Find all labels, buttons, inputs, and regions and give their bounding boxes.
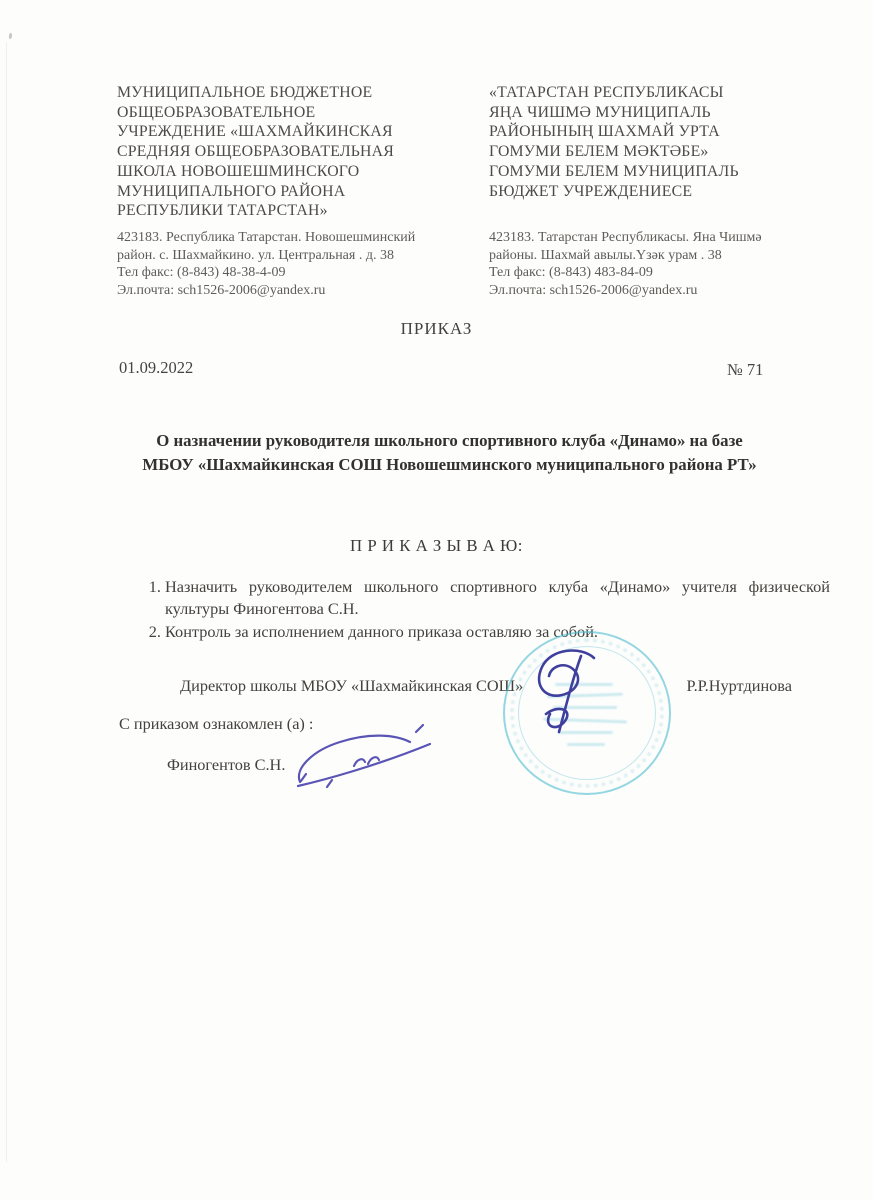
decree-heading: П Р И К А З Ы В А Ю:	[0, 536, 873, 556]
contact-line: 423183. Татарстан Республикасы. Яна Чишм…	[489, 229, 849, 247]
contact-line: Тел факс: (8-843) 48-38-4-09	[117, 264, 487, 282]
org-line: МУНИЦИПАЛЬНОЕ БЮДЖЕТНОЕ	[117, 83, 477, 103]
director-signature	[515, 642, 615, 750]
contact-line: 423183. Республика Татарстан. Новошешмин…	[117, 229, 487, 247]
official-round-stamp	[503, 631, 671, 795]
order-title-line1: О назначении руководителя школьного спор…	[78, 429, 821, 453]
order-title: О назначении руководителя школьного спор…	[78, 429, 821, 476]
org-line: УЧРЕЖДЕНИЕ «ШАХМАЙКИНСКАЯ	[117, 122, 477, 142]
contact-line: Эл.почта: sch1526-2006@yandex.ru	[117, 282, 487, 300]
org-line: РАЙОНЫНЫҢ ШАХМАЙ УРТА	[489, 122, 834, 142]
acknowledgement-line: С приказом ознакомлен (а) :	[119, 714, 313, 734]
scanned-order-document: МУНИЦИПАЛЬНОЕ БЮДЖЕТНОЕ ОБЩЕОБРАЗОВАТЕЛЬ…	[0, 0, 873, 1200]
contact-line: Тел факс: (8-843) 483-84-09	[489, 264, 849, 282]
order-items-list: Назначить руководителем школьного спорти…	[127, 576, 830, 644]
order-title-line2: МБОУ «Шахмайкинская СОШ Новошешминского …	[78, 453, 821, 477]
org-line: РЕСПУБЛИКИ ТАТАРСТАН»	[117, 201, 477, 221]
document-type-heading: ПРИКАЗ	[0, 319, 873, 339]
org-line: МУНИЦИПАЛЬНОГО РАЙОНА	[117, 182, 477, 202]
org-line: ШКОЛА НОВОШЕШМИНСКОГО	[117, 162, 477, 182]
org-line: СРЕДНЯЯ ОБЩЕОБРАЗОВАТЕЛЬНАЯ	[117, 142, 477, 162]
org-name-tatar: «ТАТАРСТАН РЕСПУБЛИКАСЫ ЯҢА ЧИШМӘ МУНИЦИ…	[489, 83, 834, 201]
order-date: 01.09.2022	[119, 358, 193, 378]
org-line: ГОМУМИ БЕЛЕМ МУНИЦИПАЛЬ	[489, 162, 834, 182]
director-label: Директор школы МБОУ «Шахмайкинская СОШ»	[180, 676, 523, 696]
org-line: БЮДЖЕТ УЧРЕЖДЕНИЕСЕ	[489, 182, 834, 202]
contact-line: район. с. Шахмайкино. ул. Центральная . …	[117, 247, 487, 265]
org-line: «ТАТАРСТАН РЕСПУБЛИКАСЫ	[489, 83, 834, 103]
scan-speck-artifact	[8, 33, 12, 39]
contact-line: районы. Шахмай авылы.Үзәк урам . 38	[489, 247, 849, 265]
order-number: № 71	[727, 360, 763, 380]
order-item-2: Контроль за исполнением данного приказа …	[165, 621, 830, 643]
director-name: Р.Р.Нуртдинова	[687, 676, 792, 696]
stamp-outer-ring	[503, 631, 671, 795]
stamp-circular-text-ring	[510, 638, 664, 788]
acknowledged-by-name: Финогентов С.Н.	[167, 755, 285, 775]
org-line: ЯҢА ЧИШМӘ МУНИЦИПАЛЬ	[489, 103, 834, 123]
contact-block-tatar: 423183. Татарстан Республикасы. Яна Чишм…	[489, 229, 849, 299]
contact-block-russian: 423183. Республика Татарстан. Новошешмин…	[117, 229, 487, 299]
org-line: ГОМУМИ БЕЛЕМ МӘКТӘБЕ»	[489, 142, 834, 162]
org-line: ОБЩЕОБРАЗОВАТЕЛЬНОЕ	[117, 103, 477, 123]
stamp-faint-text-marks	[503, 631, 671, 795]
contact-line: Эл.почта: sch1526-2006@yandex.ru	[489, 282, 849, 300]
scan-edge-artifact	[6, 42, 7, 1162]
stamp-inner-ring	[518, 646, 656, 780]
director-signature-row: Директор школы МБОУ «Шахмайкинская СОШ» …	[180, 676, 792, 696]
org-name-russian: МУНИЦИПАЛЬНОЕ БЮДЖЕТНОЕ ОБЩЕОБРАЗОВАТЕЛЬ…	[117, 83, 477, 221]
order-item-1: Назначить руководителем школьного спорти…	[165, 576, 830, 620]
